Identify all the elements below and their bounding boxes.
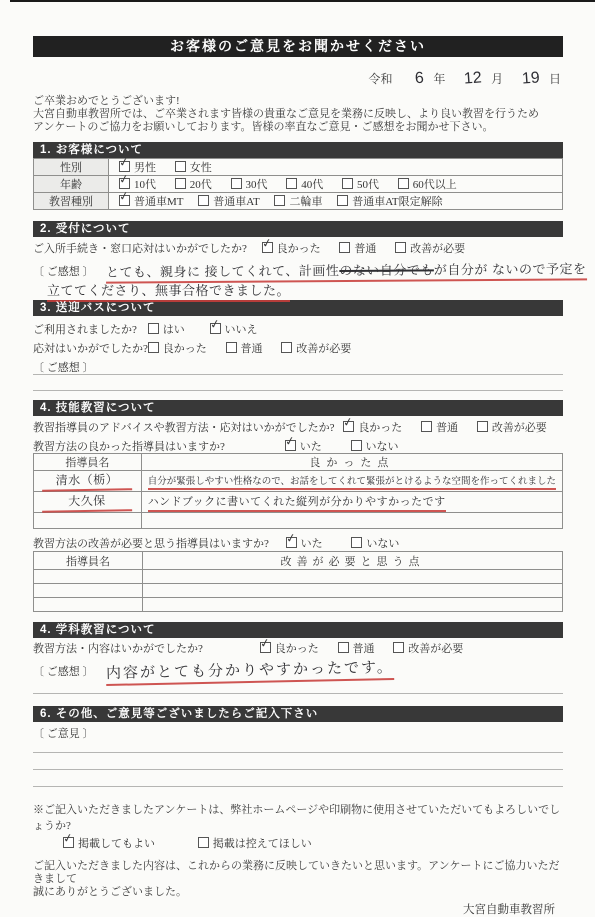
checkbox-course-at[interactable]: 普通車AT: [198, 196, 259, 208]
checkbox-icon: ✓: [285, 440, 296, 451]
survey-page: お客様のご意見をお聞かせください 令和 6 年 12 月 19 日 ご卒業おめで…: [33, 36, 563, 917]
table-row-empty: [34, 570, 563, 584]
checkbox-icon: ✓: [343, 421, 354, 432]
checkbox-icon: [175, 161, 186, 172]
comment-label: 〔 ご感想 〕: [33, 266, 94, 278]
checkbox-icon: [393, 642, 404, 653]
checkbox-icon: [342, 178, 353, 189]
publish-question: ※ご記入いただきましたアンケートは、弊社ホームページや印刷物に使用させていただい…: [33, 801, 563, 833]
checkbox-icon: ✓: [210, 323, 221, 334]
reception-question-line: ご入所手続き・窓口応対はいかがでしたか? ✓良かった 普通 改善が必要: [33, 240, 563, 256]
scan-top-edge: [10, 0, 595, 2]
table-row-empty: [34, 598, 563, 612]
section-academic-heading: 4. 学科教習について: [33, 622, 563, 638]
closing-line-2: 誠にありがとうございました。: [33, 886, 563, 899]
skill-good-instructor-line: 教習方法の良かった指導員はいますか? ✓いた いない: [33, 438, 563, 453]
checkbox-icon: [286, 178, 297, 189]
intro-line-1: ご卒業おめでとうございます!: [33, 95, 563, 108]
publish-options: ✓掲載してもよい 掲載は控えてほしい: [33, 835, 563, 850]
section-other-heading: 6. その他、ご意見等ございましたらご記入下さい: [33, 706, 563, 722]
checkbox-academic-good[interactable]: ✓良かった: [260, 643, 319, 655]
checkbox-icon: [421, 421, 432, 432]
checkbox-icon: [226, 342, 237, 353]
table-header-row: 指導員名 良かった点: [34, 454, 563, 471]
checkbox-icon: [337, 195, 348, 206]
good-instructor-table: 指導員名 良かった点 清水（栃） 自分が緊張しやすい性格なので、お話をしてくれて…: [33, 453, 563, 529]
comment-label: 〔 ご感想 〕: [33, 362, 94, 374]
checkbox-icon: [148, 342, 159, 353]
intro-line-3: アンケートのご協力をお願いしております。皆様の率直なご意見・ご感想をお聞かせ下さ…: [33, 121, 563, 134]
bus-service-question: 応対はいかがでしたか?: [33, 340, 133, 356]
table-row-instructor-1: 清水（栃） 自分が緊張しやすい性格なので、お話をしてくれて緊張がとけるような空間…: [34, 471, 563, 492]
section-reception-heading: 2. 受付について: [33, 221, 563, 237]
page-title: お客様のご意見をお聞かせください: [33, 36, 563, 57]
checkbox-icon: [198, 837, 209, 848]
bus-service-line: 応対はいかがでしたか? 良かった 普通 改善が必要: [33, 340, 563, 356]
academic-question: 教習方法・内容はいかがでしたか?: [33, 640, 245, 656]
school-signature: 大宮自動車教習所: [33, 901, 563, 917]
col-instructor-name: 指導員名: [34, 552, 143, 570]
section-skill-heading: 4. 技能教習について: [33, 400, 563, 416]
checkbox-icon: ✓: [119, 195, 130, 206]
table-row-empty: [34, 584, 563, 598]
checkbox-icon: [477, 421, 488, 432]
checkbox-icon: ✓: [286, 537, 297, 548]
checkbox-icon: ✓: [262, 242, 273, 253]
reception-comment-line: 〔 ご感想 〕 とても、親身に 接してくれて、計画性のない自分でもが自分が ない…: [33, 260, 563, 278]
checkbox-bus-no[interactable]: ✓いいえ: [210, 324, 258, 336]
skill-good-instructor-question: 教習方法の良かった指導員はいますか?: [33, 438, 270, 454]
closing-line-1: ご記入いただきました内容は、これからの業務に反映していきたいと思います。アンケー…: [33, 860, 563, 886]
checkbox-publish-no[interactable]: 掲載は控えてほしい: [198, 838, 312, 850]
checkbox-academic-improve[interactable]: 改善が必要: [393, 643, 463, 655]
bus-used-line: ご利用されましたか? はい ✓いいえ: [33, 321, 563, 337]
checkbox-icon: [198, 195, 209, 206]
checkbox-icon: [395, 242, 406, 253]
handwritten-good-point: ハンドブックに書いてくれた縦列が分かりやすかったです: [148, 493, 446, 512]
reception-question: ご入所手続き・窓口応対はいかがでしたか?: [33, 243, 247, 255]
checkbox-icon: [398, 178, 409, 189]
checkbox-icon: [351, 440, 362, 451]
checkbox-icon: [175, 178, 186, 189]
day-suffix: 日: [549, 72, 561, 86]
date-line: 令和 6 年 12 月 19 日: [33, 70, 563, 90]
checkbox-bus-good[interactable]: 良かった: [148, 343, 207, 355]
handwritten-instructor-name: 清水（栃）: [42, 470, 132, 492]
blank-writing-line: [33, 375, 563, 391]
blank-writing-line: [33, 740, 563, 753]
checkbox-good-instructor-yes[interactable]: ✓いた: [285, 441, 322, 453]
checkbox-bus-improve[interactable]: 改善が必要: [281, 343, 351, 355]
skill-advice-question: 教習指導員のアドバイスや教習方法・応対はいかがでしたか?: [33, 422, 335, 434]
year-suffix: 年: [433, 72, 445, 86]
table-row-age: 年齢 ✓10代 20代 30代 40代 50代 60代以上: [34, 176, 563, 193]
intro-line-2: 大宮自動車教習所では、ご卒業されます皆様の貴重なご意見を業務に反映し、より良い教…: [33, 108, 563, 121]
checkbox-age-20s[interactable]: 20代: [175, 179, 212, 191]
section-customer-heading: 1. お客様について: [33, 142, 563, 158]
checkbox-icon: [351, 537, 362, 548]
checkbox-skill-normal[interactable]: 普通: [421, 422, 458, 434]
checkbox-course-mt[interactable]: ✓普通車MT: [119, 196, 184, 208]
skill-improve-instructor-question: 教習方法の改善が必要と思う指導員はいますか?: [33, 538, 269, 550]
checkbox-icon: [231, 178, 242, 189]
checkbox-icon: ✓: [63, 837, 74, 848]
comment-label: 〔 ご意見 〕: [33, 728, 94, 740]
checkbox-icon: [281, 342, 292, 353]
checkbox-icon: ✓: [119, 178, 130, 189]
checkbox-bus-yes[interactable]: はい: [148, 324, 185, 336]
course-label: 教習種別: [34, 193, 109, 210]
struck-text: のない自分でも: [339, 262, 434, 278]
table-row-gender: 性別 ✓男性 女性: [34, 159, 563, 176]
handwritten-day: 19: [522, 69, 541, 88]
checkbox-skill-improve[interactable]: 改善が必要: [477, 422, 547, 434]
handwritten-year: 6: [415, 70, 425, 89]
month-suffix: 月: [491, 72, 503, 86]
checkbox-age-50s[interactable]: 50代: [342, 179, 379, 191]
table-row-instructor-2: 大久保 ハンドブックに書いてくれた縦列が分かりやすかったです: [34, 492, 563, 513]
checkbox-age-30s[interactable]: 30代: [231, 179, 268, 191]
checkbox-good-instructor-no[interactable]: いない: [351, 441, 399, 453]
academic-question-line: 教習方法・内容はいかがでしたか? ✓良かった 普通 改善が必要: [33, 640, 563, 655]
handwritten-good-point: 自分が緊張しやすい性格なので、お話をしてくれて緊張がとけるような空間を作ってくれ…: [148, 473, 556, 490]
skill-improve-instructor-line: 教習方法の改善が必要と思う指導員はいますか? ✓いた いない: [33, 535, 563, 551]
table-row-instructor-3: [34, 513, 563, 529]
checkbox-age-40s[interactable]: 40代: [286, 179, 323, 191]
checkbox-course-at-limited[interactable]: 普通車AT限定解除: [337, 196, 442, 208]
checkbox-course-motorcycle[interactable]: 二輪車: [274, 196, 322, 208]
customer-info-table: 性別 ✓男性 女性 年齢 ✓10代 20代 30代 40代 50代 60代以上 …: [33, 158, 563, 210]
checkbox-reception-good[interactable]: ✓良かった: [262, 243, 321, 255]
checkbox-publish-ok[interactable]: ✓掲載してもよい: [63, 838, 155, 850]
table-row-course: 教習種別 ✓普通車MT 普通車AT 二輪車 普通車AT限定解除: [34, 193, 563, 210]
check-mark: ✓: [118, 154, 130, 170]
checkbox-improve-instructor-yes[interactable]: ✓いた: [286, 538, 323, 550]
checkbox-icon: ✓: [119, 161, 130, 172]
handwritten-month: 12: [464, 69, 483, 88]
blank-writing-line: [33, 753, 563, 770]
bus-used-question: ご利用されましたか?: [33, 321, 133, 337]
checkbox-icon: ✓: [260, 642, 271, 653]
handwritten-reception-comment: とても、親身に 接してくれて、計画性のない自分でもが自分が ないので予定を: [105, 258, 586, 283]
checkbox-bus-normal[interactable]: 普通: [226, 343, 263, 355]
era-label: 令和: [368, 72, 392, 86]
checkbox-icon: [339, 242, 350, 253]
checkbox-age-60s[interactable]: 60代以上: [398, 179, 457, 191]
col-good-points: 良かった点: [141, 454, 562, 471]
checkbox-improve-instructor-no[interactable]: いない: [351, 538, 399, 550]
checkbox-icon: [338, 642, 349, 653]
col-improve-points: 改善が必要と思う点: [143, 552, 563, 570]
improve-instructor-table: 指導員名 改善が必要と思う点: [33, 551, 563, 612]
checkbox-reception-normal[interactable]: 普通: [339, 243, 376, 255]
handwritten-instructor-name: 大久保: [42, 491, 132, 513]
section-bus-heading: 3. 送迎バスについて: [33, 300, 563, 316]
col-instructor-name: 指導員名: [34, 454, 142, 471]
checkbox-icon: [148, 323, 159, 334]
age-label: 年齢: [34, 176, 109, 193]
blank-writing-line: [33, 770, 563, 787]
skill-advice-line: 教習指導員のアドバイスや教習方法・応対はいかがでしたか? ✓良かった 普通 改善…: [33, 419, 563, 435]
gender-label: 性別: [34, 159, 109, 176]
intro-paragraph: ご卒業おめでとうございます! 大宮自動車教習所では、ご卒業されます皆様の貴重なご…: [33, 95, 563, 134]
checkbox-academic-normal[interactable]: 普通: [338, 643, 375, 655]
checkbox-female[interactable]: 女性: [175, 162, 212, 174]
other-comment-label-line: 〔 ご意見 〕: [33, 725, 563, 740]
checkbox-skill-good[interactable]: ✓良かった: [343, 422, 402, 434]
academic-comment-line: 〔 ご感想 〕 内容がとても分かりやすかったです。: [33, 659, 563, 681]
closing-paragraph: ご記入いただきました内容は、これからの業務に反映していきたいと思います。アンケー…: [33, 860, 563, 899]
checkbox-reception-improve[interactable]: 改善が必要: [395, 243, 465, 255]
table-header-row: 指導員名 改善が必要と思う点: [34, 552, 563, 570]
bus-comment-label-line: 〔 ご感想 〕: [33, 359, 563, 375]
checkbox-icon: [274, 195, 285, 206]
comment-label: 〔 ご感想 〕: [33, 666, 94, 678]
